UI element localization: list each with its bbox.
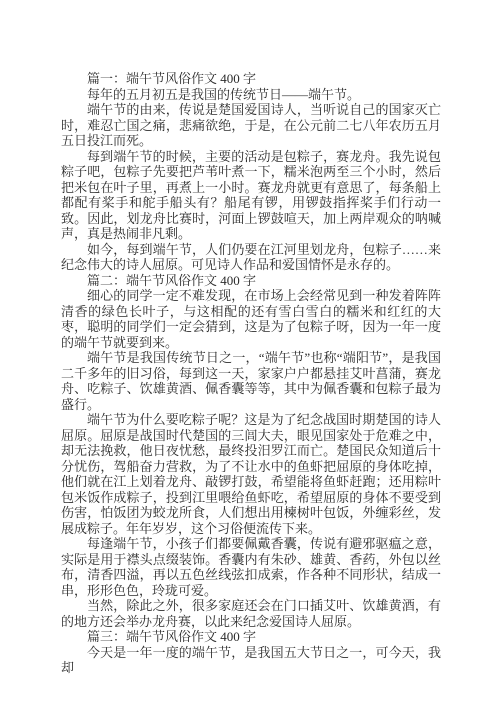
essay-heading-3: 篇三：端午节风俗作文 400 字	[61, 629, 441, 645]
paragraph: 每年的五月初五是我国的传统节日——端午节。	[61, 87, 441, 103]
paragraph: 每逢端午节，小孩子们都要佩戴香囊，传说有避邪驱瘟之意，实际是用于襟头点缀装饰。香…	[61, 536, 441, 598]
paragraph: 端午节为什么要吃粽子呢？这是为了纪念战国时期楚国的诗人屈原。屈原是战国时代楚国的…	[61, 412, 441, 536]
essay-heading-2: 篇二：端午节风俗作文 400 字	[61, 273, 441, 289]
paragraph: 端午节的由来，传说是楚国爱国诗人，当听说自己的国家灭亡时，难忍亡国之痛，悲痛欲绝…	[61, 102, 441, 149]
essay-heading-1: 篇一：端午节风俗作文 400 字	[61, 71, 441, 87]
paragraph: 今天是一年一度的端午节，是我国五大节日之一，可今天，我却	[61, 645, 441, 676]
paragraph: 每到端午节的时候，主要的活动是包粽子，赛龙舟。我先说包粽子吧，包粽子先要把芦苇叶…	[61, 149, 441, 242]
paragraph: 端午节是我国传统节日之一，“端午节”也称“端阳节”，是我国二千多年的旧习俗，每到…	[61, 350, 441, 412]
paragraph: 细心的同学一定不难发现，在市场上会经常见到一种发着阵阵清香的绿色长叶子，与这相配…	[61, 288, 441, 350]
essay-text-block: 篇一：端午节风俗作文 400 字 每年的五月初五是我国的传统节日——端午节。 端…	[61, 71, 441, 676]
document-page: 篇一：端午节风俗作文 400 字 每年的五月初五是我国的传统节日——端午节。 端…	[0, 0, 500, 707]
paragraph: 如今，每到端午节，人们仍要在江河里划龙舟，包粽子……来纪念伟大的诗人屈原。可见诗…	[61, 242, 441, 273]
paragraph: 当然，除此之外，很多家庭还会在门口插艾叶、饮雄黄酒，有的地方还会举办龙舟赛，以此…	[61, 598, 441, 629]
